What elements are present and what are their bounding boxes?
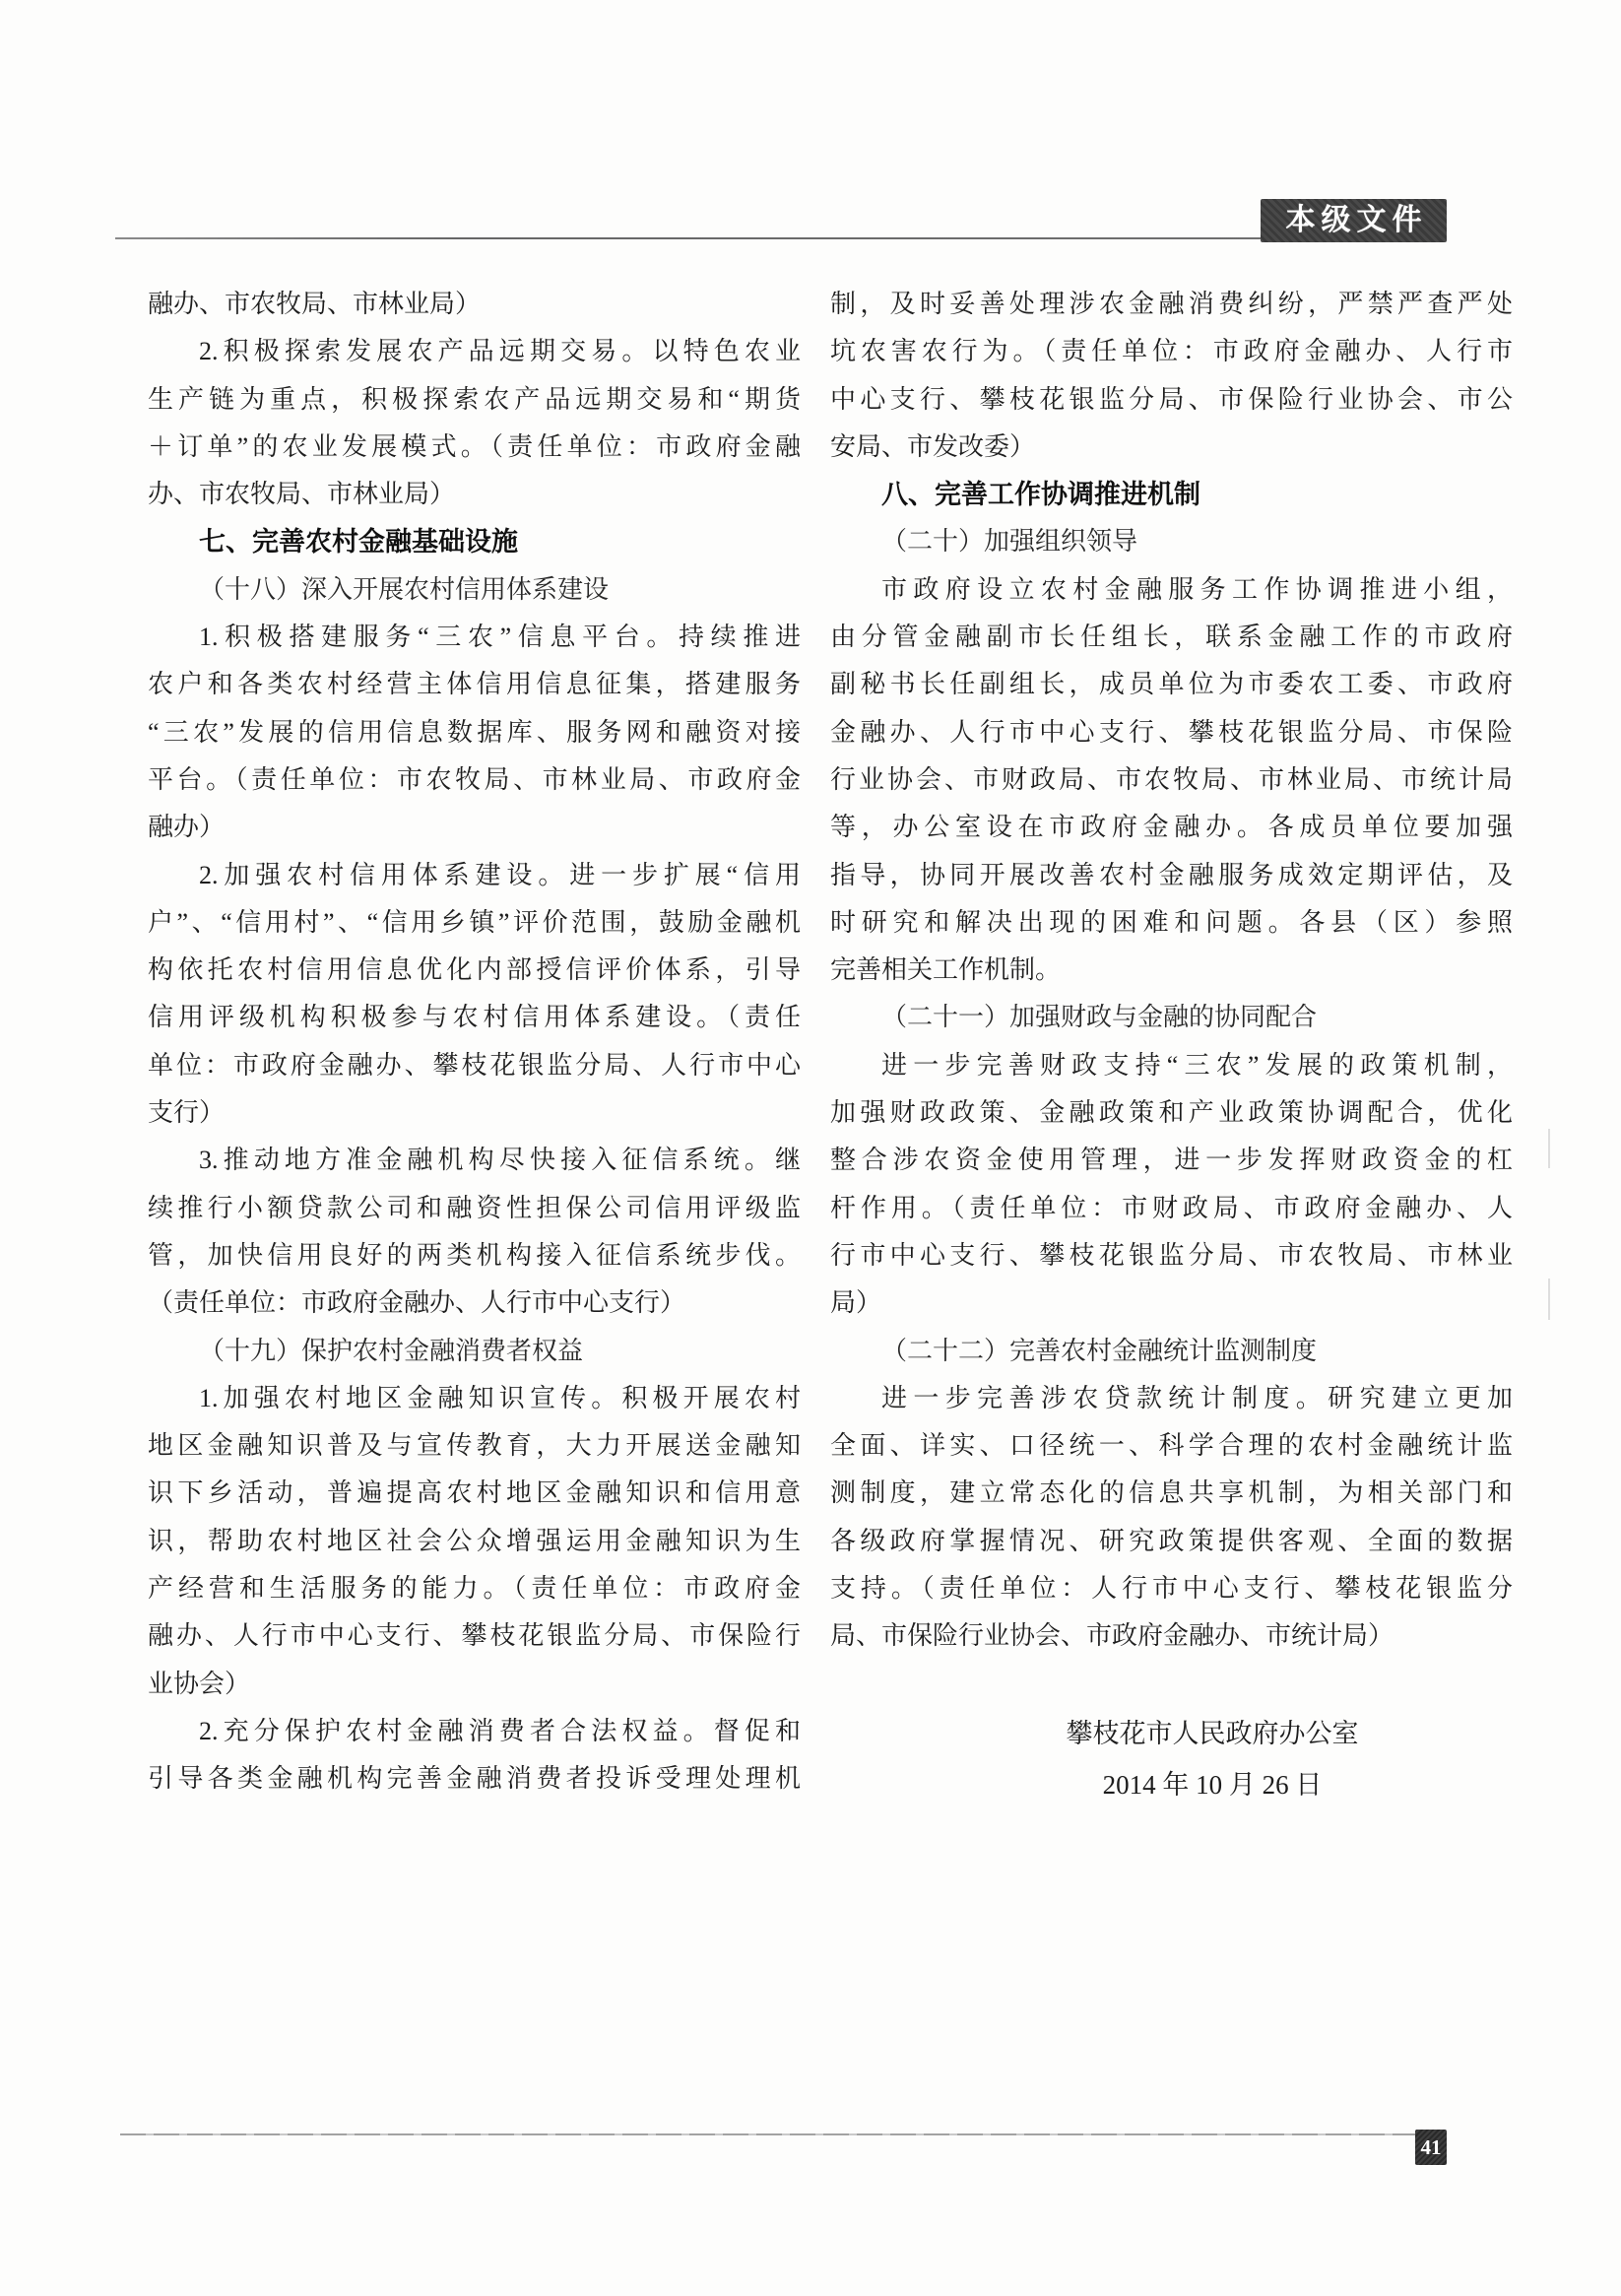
text-line: 局） bbox=[830, 1279, 1513, 1327]
text-line: 1.积极搭建服务“三农”信息平台。持续推进 bbox=[148, 614, 801, 661]
text-line: 平台。（责任单位：市农牧局、市林业局、市政府金 bbox=[148, 756, 801, 804]
text-line: 办、市农牧局、市林业局） bbox=[148, 471, 801, 518]
text-line: 坑农害农行为。（责任单位：市政府金融办、人行市 bbox=[830, 328, 1513, 375]
text-line: 2.加强农村信用体系建设。进一步扩展“信用 bbox=[148, 852, 801, 899]
header-badge-label: 本级文件 bbox=[1261, 199, 1447, 242]
signature-office: 攀枝花市人民政府办公室 bbox=[911, 1708, 1514, 1759]
text-line: （二十一）加强财政与金融的协同配合 bbox=[830, 994, 1513, 1041]
text-line: 进一步完善涉农贷款统计制度。研究建立更加 bbox=[830, 1375, 1513, 1422]
text-line: 局、市保险行业协会、市政府金融办、市统计局） bbox=[830, 1612, 1513, 1660]
text-line: 农户和各类农村经营主体信用信息征集，搭建服务 bbox=[148, 661, 801, 708]
text-line: “三农”发展的信用信息数据库、服务网和融资对接 bbox=[148, 709, 801, 756]
text-line: 引导各类金融机构完善金融消费者投诉受理处理机 bbox=[148, 1755, 801, 1803]
text-line: 1.加强农村地区金融知识宣传。积极开展农村 bbox=[148, 1375, 801, 1422]
text-line: 中心支行、攀枝花银监分局、市保险行业协会、市公 bbox=[830, 376, 1513, 424]
text-line: 续推行小额贷款公司和融资性担保公司信用评级监 bbox=[148, 1185, 801, 1232]
text-line: 构依托农村信用信息优化内部授信评价体系，引导 bbox=[148, 947, 801, 994]
text-line: 金融办、人行市中心支行、攀枝花银监分局、市保险 bbox=[830, 709, 1513, 756]
text-line: 2.积极探索发展农产品远期交易。以特色农业 bbox=[148, 328, 801, 375]
text-line: （责任单位：市政府金融办、人行市中心支行） bbox=[148, 1279, 801, 1327]
text-line: 由分管金融副市长任组长，联系金融工作的市政府 bbox=[830, 614, 1513, 661]
footer-rule bbox=[120, 2133, 1416, 2135]
text-line: 各级政府掌握情况、研究政策提供客观、全面的数据 bbox=[830, 1518, 1513, 1565]
text-line: 七、完善农村金融基础设施 bbox=[148, 518, 801, 565]
text-line: 融办） bbox=[148, 804, 801, 851]
text-line: 3.推动地方准金融机构尽快接入征信系统。继 bbox=[148, 1137, 801, 1184]
header-badge: 本级文件 bbox=[1261, 199, 1447, 242]
text-line: 加强财政政策、金融政策和产业政策协调配合，优化 bbox=[830, 1089, 1513, 1137]
text-line: 生产链为重点，积极探索农产品远期交易和“期货 bbox=[148, 376, 801, 424]
text-line: 产经营和生活服务的能力。（责任单位：市政府金 bbox=[148, 1565, 801, 1612]
text-line: （二十二）完善农村金融统计监测制度 bbox=[830, 1328, 1513, 1375]
text-line: 行业协会、市财政局、市农牧局、市林业局、市统计局 bbox=[830, 756, 1513, 804]
text-line: 识下乡活动，普遍提高农村地区金融知识和信用意 bbox=[148, 1470, 801, 1517]
text-line: 副秘书长任副组长，成员单位为市委农工委、市政府 bbox=[830, 661, 1513, 708]
text-line: 行市中心支行、攀枝花银监分局、市农牧局、市林业 bbox=[830, 1232, 1513, 1279]
text-line: 指导，协同开展改善农村金融服务成效定期评估，及 bbox=[830, 852, 1513, 899]
text-line: 融办、人行市中心支行、攀枝花银监分局、市保险行 bbox=[148, 1612, 801, 1660]
text-line: 进一步完善财政支持“三农”发展的政策机制， bbox=[830, 1042, 1513, 1089]
text-line: 识，帮助农村地区社会公众增强运用金融知识为生 bbox=[148, 1518, 801, 1565]
text-line: 信用评级机构积极参与农村信用体系建设。（责任 bbox=[148, 994, 801, 1041]
scan-artifact bbox=[1548, 1279, 1550, 1320]
column-right: 制，及时妥善处理涉农金融消费纠纷，严禁严查严处坑农害农行为。（责任单位：市政府金… bbox=[830, 281, 1513, 1661]
column-left: 融办、市农牧局、市林业局）2.积极探索发展农产品远期交易。以特色农业生产链为重点… bbox=[148, 281, 801, 1804]
text-line: 户”、“信用村”、“信用乡镇”评价范围，鼓励金融机 bbox=[148, 899, 801, 947]
text-line: （十九）保护农村金融消费者权益 bbox=[148, 1328, 801, 1375]
text-line: 市政府设立农村金融服务工作协调推进小组， bbox=[830, 566, 1513, 614]
text-line: 单位：市政府金融办、攀枝花银监分局、人行市中心 bbox=[148, 1042, 801, 1089]
text-line: 制，及时妥善处理涉农金融消费纠纷，严禁严查严处 bbox=[830, 281, 1513, 328]
text-line: （二十）加强组织领导 bbox=[830, 518, 1513, 565]
text-line: 支行） bbox=[148, 1089, 801, 1137]
text-line: 八、完善工作协调推进机制 bbox=[830, 471, 1513, 518]
text-line: 管，加快信用良好的两类机构接入征信系统步伐。 bbox=[148, 1232, 801, 1279]
document-page: 本级文件 融办、市农牧局、市林业局）2.积极探索发展农产品远期交易。以特色农业生… bbox=[0, 0, 1621, 2296]
text-line: （十八）深入开展农村信用体系建设 bbox=[148, 566, 801, 614]
text-line: 完善相关工作机制。 bbox=[830, 947, 1513, 994]
text-line: 等，办公室设在市政府金融办。各成员单位要加强 bbox=[830, 804, 1513, 851]
text-line: 2.充分保护农村金融消费者合法权益。督促和 bbox=[148, 1708, 801, 1755]
text-line: 全面、详实、口径统一、科学合理的农村金融统计监 bbox=[830, 1422, 1513, 1470]
text-line: 业协会） bbox=[148, 1661, 801, 1708]
signature-date: 2014 年 10 月 26 日 bbox=[911, 1759, 1514, 1810]
scan-artifact bbox=[1548, 1129, 1550, 1168]
text-line: 安局、市发改委） bbox=[830, 424, 1513, 471]
text-line: 杆作用。（责任单位：市财政局、市政府金融办、人 bbox=[830, 1185, 1513, 1232]
text-line: 测制度，建立常态化的信息共享机制，为相关部门和 bbox=[830, 1470, 1513, 1517]
page-number: 41 bbox=[1415, 2130, 1447, 2165]
text-line: 时研究和解决出现的困难和问题。各县（区）参照 bbox=[830, 899, 1513, 947]
text-line: 地区金融知识普及与宣传教育，大力开展送金融知 bbox=[148, 1422, 801, 1470]
text-line: 融办、市农牧局、市林业局） bbox=[148, 281, 801, 328]
text-line: 支持。（责任单位：人行市中心支行、攀枝花银监分 bbox=[830, 1565, 1513, 1612]
page-number-badge: 41 bbox=[1415, 2130, 1447, 2165]
text-line: 整合涉农资金使用管理，进一步发挥财政资金的杠 bbox=[830, 1137, 1513, 1184]
signature-block: 攀枝花市人民政府办公室 2014 年 10 月 26 日 bbox=[911, 1708, 1514, 1810]
header-rule bbox=[115, 237, 1264, 239]
text-line: ＋订单”的农业发展模式。（责任单位：市政府金融 bbox=[148, 424, 801, 471]
